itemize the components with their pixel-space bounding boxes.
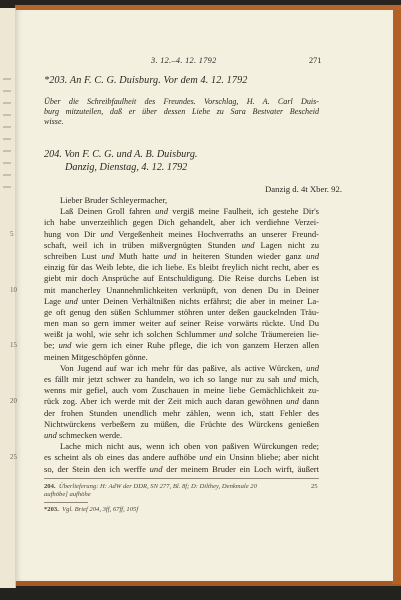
entry-204-title: 204. Von F. C. G. und A. B. Duisburg.: [44, 149, 197, 160]
scan-background-bottom: [0, 585, 401, 600]
line-number: 20: [10, 396, 17, 407]
letter-line: men man so gern immer weiter auf seiner …: [44, 318, 319, 329]
letter-line: 25es scheint als ob eines das andere auf…: [44, 452, 319, 463]
letter-line: ich habe unverzeihlich gegen Dich gehand…: [44, 217, 319, 228]
apparatus-variant: aufhöbe] aufhöhe: [44, 491, 91, 498]
letter-line: 5hung von Dir und Vergeßenheit meines Ho…: [44, 229, 319, 240]
letter-line: der frohen Stunden unendlich mehr zählen…: [44, 408, 319, 419]
ghost-text: [3, 90, 11, 92]
summary-line: burg mitzuteilen, daß er über dessen Lie…: [44, 107, 319, 117]
summary-line: wisse.: [44, 117, 319, 127]
entry-203-summary: Über die Schreibfaulheit des Freundes. V…: [44, 97, 319, 127]
ghost-text: [3, 138, 11, 140]
line-number: 5: [10, 229, 14, 240]
commentary-note-203: *203. Vgl. Brief 204, 3ff, 67ff, 105f: [44, 506, 138, 513]
running-head-date: 3. 12.–4. 12. 1792: [151, 56, 217, 65]
letter-line: schreiben Lust und Muth hatte und in hei…: [44, 251, 319, 262]
book-cover-edge-right: [392, 10, 401, 584]
letter-dateline: Danzig d. 4t Xber. 92.: [265, 184, 342, 194]
line-number: 25: [10, 452, 17, 463]
footnote-divider: [44, 478, 319, 479]
letter-line: ge oft genug den süßen Schlummer stöhren…: [44, 307, 319, 318]
salutation: Lieber Bruder Schleyermacher,: [44, 195, 319, 206]
letter-line: Von Jugend auf war ich mehr für das paßi…: [44, 363, 319, 374]
letter-line: wenns mir gefiel, auch vom Zuschauen in …: [44, 385, 319, 396]
entry-204-place-date: Danzig, Dienstag, 4. 12. 1792: [65, 162, 187, 173]
line-number: 10: [10, 285, 17, 296]
line-number: 15: [10, 340, 17, 351]
letter-line: 20rück zog. Aber ich werde mit der Zeit …: [44, 396, 319, 407]
letter-line: Nichtwürckens verbeßern zu müßen, die Fr…: [44, 419, 319, 430]
letter-line: giebt mir doch Ansprüche auf Entschuldig…: [44, 273, 319, 284]
ghost-text: [3, 174, 11, 176]
letter-line: es fällt mir jetzt schwer zu handeln, wo…: [44, 374, 319, 385]
entry-203-title: *203. An F. C. G. Duisburg. Vor dem 4. 1…: [44, 75, 247, 86]
letter-line: meinen Mitgeschöpfen gönne.: [44, 352, 319, 363]
previous-page-edge: [0, 8, 16, 588]
letter-line: einzig für das Weib lebte, die ich liebe…: [44, 262, 319, 273]
page-number: 271: [309, 56, 321, 65]
ghost-text: [3, 162, 11, 164]
ghost-text: [3, 126, 11, 128]
letter-line: Lache mich nicht aus, wenn ich oben von …: [44, 441, 319, 452]
letter-line: 15be; und wie gern ich einer Ruhe pflege…: [44, 340, 319, 351]
summary-line: Über die Schreibfaulheit des Freundes. V…: [44, 97, 319, 107]
ghost-text: [3, 114, 11, 116]
apparatus-line-ref: 25: [311, 483, 318, 490]
letter-line: Lage und unter Deinen Verhältnißen nicht…: [44, 296, 319, 307]
letter-line: Laß Deinen Groll fahren und vergiß meine…: [44, 206, 319, 217]
ghost-text: [3, 102, 11, 104]
letter-line: so, der Stein den ich werffe und der mei…: [44, 464, 319, 475]
letter-line: weißt ja wohl, wie sehr ich solchen Schl…: [44, 329, 319, 340]
apparatus-note-204: 204. Überlieferung: H: AdW der DDR, SN 2…: [44, 483, 257, 490]
letter-line: und schmecken werde.: [44, 430, 319, 441]
ghost-text: [3, 150, 11, 152]
ghost-text: [3, 78, 11, 80]
commentary-divider: [44, 502, 88, 503]
letter-line: 10mit mancherley Unannehmlichkeiten verk…: [44, 285, 319, 296]
letter-line: schaft, weil ich in trüben mißvergnügten…: [44, 240, 319, 251]
ghost-text: [3, 186, 11, 188]
letter-body: Lieber Bruder Schleyermacher, Laß Deinen…: [44, 195, 319, 475]
